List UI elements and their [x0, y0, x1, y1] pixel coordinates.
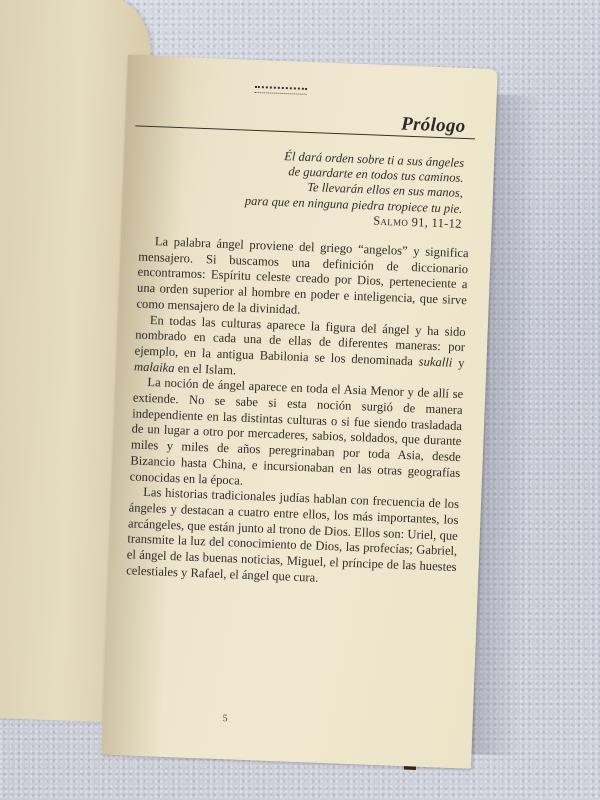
body-text: La palabra ángel proviene del griego “an…: [126, 234, 469, 592]
page-number: 5: [222, 713, 227, 724]
book-page: Prólogo Él dará orden sobre ti a sus áng…: [101, 55, 498, 769]
paragraph: Las historias tradicionales judías habla…: [126, 485, 459, 592]
italic-term: malaika: [134, 359, 175, 375]
ornament-icon: [255, 86, 307, 95]
chapter-title: Prólogo: [401, 114, 466, 138]
paragraph: La noción de ángel aparece en toda el As…: [130, 375, 464, 498]
paragraph: La palabra ángel proviene del griego “an…: [136, 234, 469, 325]
italic-term: sukalli: [418, 354, 452, 369]
epigraph: Él dará orden sobre ti a sus ángeles de …: [162, 144, 465, 231]
